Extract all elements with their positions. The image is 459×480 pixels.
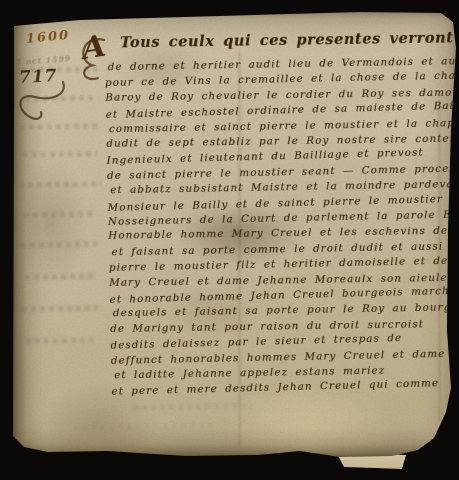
parchment-sheet: 1600 7 oct 1599 717 A Tous ceulx qui ces… bbox=[13, 12, 457, 457]
manuscript-text-block: A Tous ceulx qui ces presentes verront F… bbox=[104, 29, 459, 406]
showthrough-line bbox=[22, 305, 98, 311]
showthrough-line bbox=[21, 241, 99, 247]
manuscript-line: deffunct honorables hommes Mary Creuel e… bbox=[111, 348, 446, 367]
registry-paraph-number: 717 bbox=[19, 66, 58, 88]
showthrough-line bbox=[20, 123, 100, 129]
showthrough-line bbox=[23, 151, 97, 157]
showthrough-line bbox=[25, 95, 95, 101]
showthrough-line bbox=[73, 423, 213, 430]
manuscript-line: Tous ceulx qui ces presentes verront Flo… bbox=[120, 28, 459, 51]
showthrough-line bbox=[26, 337, 94, 343]
initial-letter: A bbox=[80, 29, 109, 67]
showthrough-line bbox=[24, 211, 96, 217]
manuscript-scan: 1600 7 oct 1599 717 A Tous ceulx qui ces… bbox=[0, 0, 459, 480]
margin-date-annotation: 7 oct 1599 bbox=[16, 54, 72, 67]
showthrough-line bbox=[19, 181, 101, 187]
margin-year-annotation: 1600 bbox=[25, 28, 70, 47]
showthrough-line bbox=[25, 273, 95, 279]
